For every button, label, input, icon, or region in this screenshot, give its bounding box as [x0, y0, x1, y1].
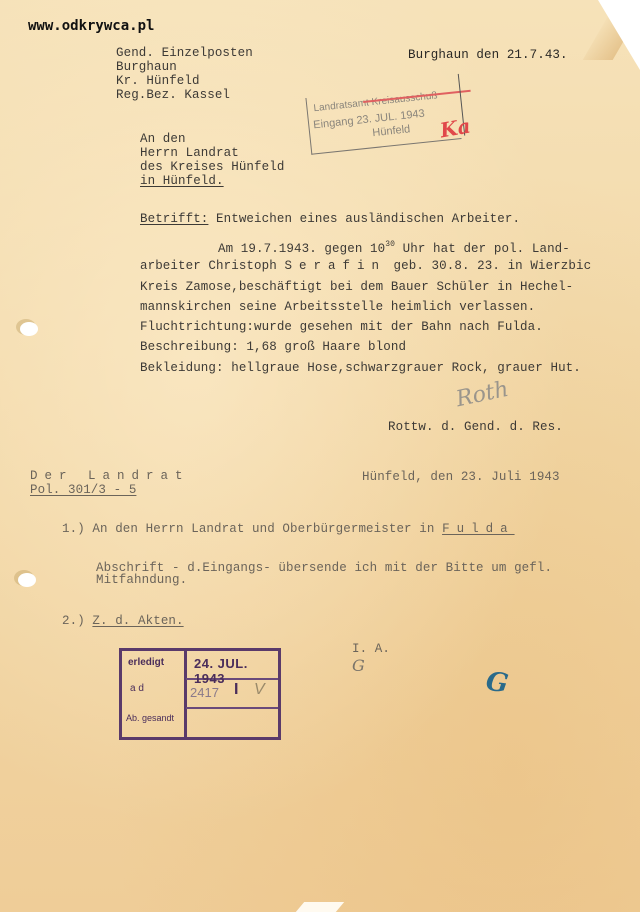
- punch-hole-bottom: [18, 573, 36, 587]
- stamp-divider: [186, 707, 278, 709]
- sender-line-1: Gend. Einzelposten: [116, 46, 253, 61]
- punch-hole-top: [20, 322, 38, 336]
- item-2-number: 2.): [62, 614, 92, 628]
- sender-line-4: Reg.Bez. Kassel: [116, 88, 230, 103]
- body-line-1: Am 19.7.1943. gegen 1030 Uhr hat der pol…: [218, 237, 570, 257]
- stamp-handwritten-mark: V: [254, 681, 265, 699]
- stamp-roman-numeral: I: [234, 681, 238, 699]
- body-line-1-end: Uhr hat der pol. Land-: [395, 242, 570, 256]
- item-1-city: Fulda: [442, 522, 515, 536]
- stamp-label-done: erledigt: [128, 657, 164, 668]
- item-1-line: 1.) An den Herrn Landrat und Oberbürgerm…: [62, 522, 515, 537]
- item-2-line: 2.) Z. d. Akten.: [62, 614, 184, 629]
- time-superscript: 30: [385, 240, 395, 249]
- stamp-number: 2417: [190, 685, 219, 700]
- ia-label: I. A.: [352, 642, 390, 657]
- incoming-stamp-place: Hünfeld: [372, 123, 411, 139]
- watermark: www.odkrywca.pl: [28, 18, 154, 34]
- recipient-line-3: des Kreises Hünfeld: [140, 160, 284, 175]
- body-line-1-start: Am 19.7.1943. gegen 10: [218, 242, 385, 256]
- endorsement-place-date: Hünfeld, den 23. Juli 1943: [362, 470, 560, 485]
- signature-block: Rottw. d. Gend. d. Res.: [388, 420, 563, 435]
- recipient-line-1: An den: [140, 132, 186, 147]
- subject-label: Betrifft:: [140, 212, 208, 226]
- body-line-3: Kreis Zamose,beschäftigt bei dem Bauer S…: [140, 280, 573, 295]
- sender-line-3: Kr. Hünfeld: [116, 74, 200, 89]
- received-stamp: erledigt a d Ab. gesandt 24. JUL. 1943 2…: [119, 648, 281, 740]
- recipient-line-2: Herrn Landrat: [140, 146, 239, 161]
- stamp-divider: [184, 651, 187, 737]
- subject-text: Entweichen eines ausländischen Arbeiter.: [216, 212, 520, 226]
- body-line-2-start: arbeiter Christoph: [140, 259, 284, 273]
- blue-ink-initial: G: [484, 667, 510, 700]
- item-1-body-line-2: Mitfahndung.: [96, 573, 187, 588]
- endorsement-office: Der Landrat: [30, 469, 190, 484]
- body-line-5: Fluchtrichtung:wurde gesehen mit der Bah…: [140, 320, 543, 335]
- recipient-line-4: in Hünfeld.: [140, 174, 224, 189]
- stamp-label-middle: a d: [130, 683, 144, 694]
- worker-surname: Serafin: [284, 259, 386, 273]
- bottom-tear: [296, 902, 344, 912]
- signature-scrawl: Roth: [454, 377, 511, 412]
- stamp-label-sent: Ab. gesandt: [126, 713, 174, 723]
- body-line-6: Beschreibung: 1,68 groß Haare blond: [140, 340, 406, 355]
- ia-initial: G: [352, 656, 365, 675]
- document-page: www.odkrywca.pl Gend. Einzelposten Burgh…: [0, 0, 640, 912]
- red-initial-mark: Ka: [438, 114, 472, 143]
- item-1-text: 1.) An den Herrn Landrat und Oberbürgerm…: [62, 522, 442, 536]
- body-line-7: Bekleidung: hellgraue Hose,schwarzgrauer…: [140, 361, 581, 376]
- subject-line: Betrifft: Entweichen eines ausländischen…: [140, 212, 520, 227]
- body-line-4: mannskirchen seine Arbeitsstelle heimlic…: [140, 300, 535, 315]
- torn-corner: [598, 0, 640, 70]
- letter-place-date: Burghaun den 21.7.43.: [408, 48, 568, 63]
- item-2-text: Z. d. Akten.: [92, 614, 183, 628]
- body-line-2: arbeiter Christoph Serafin geb. 30.8. 23…: [140, 259, 591, 274]
- body-line-2-end: geb. 30.8. 23. in Wierzbic: [386, 259, 591, 273]
- endorsement-reference: Pol. 301/3 - 5: [30, 483, 136, 498]
- sender-line-2: Burghaun: [116, 60, 177, 75]
